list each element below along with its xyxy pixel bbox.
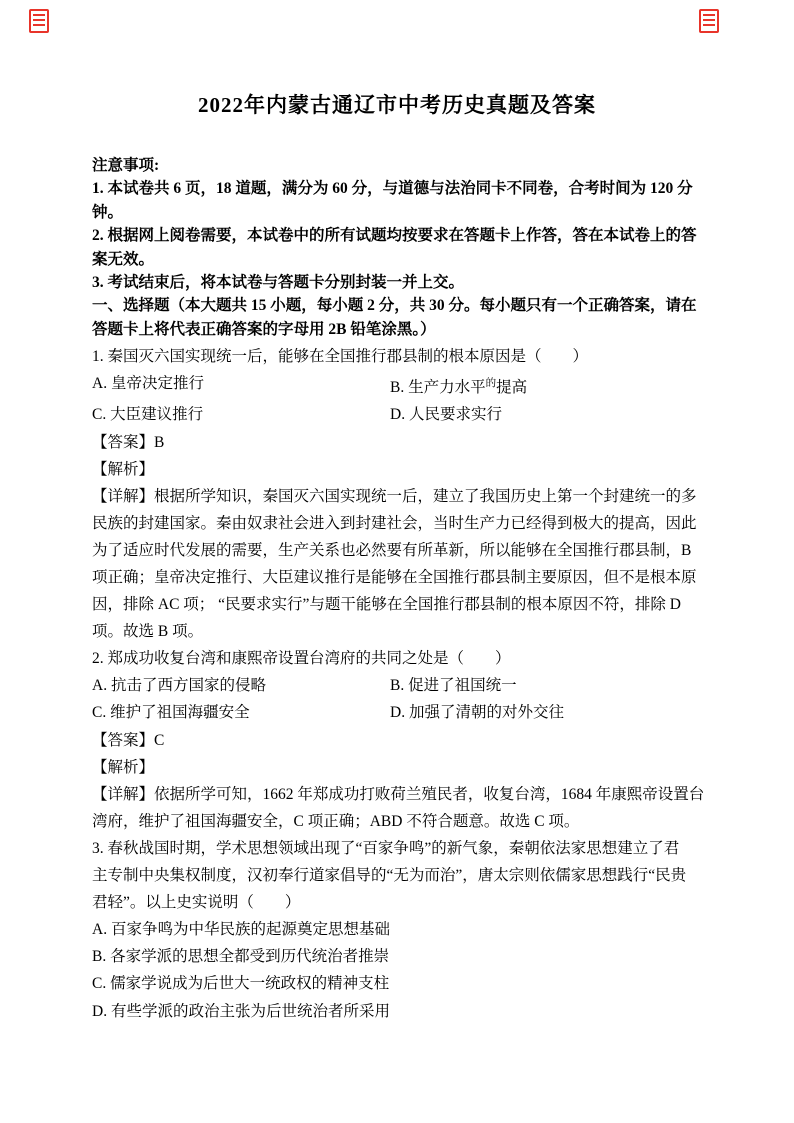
q2-option-d: D. 加强了清朝的对外交往 xyxy=(390,699,702,726)
q1-option-c: C. 大臣建议推行 xyxy=(92,401,390,428)
q2-option-row-1: A. 抗击了西方国家的侵略 B. 促进了祖国统一 xyxy=(92,672,702,699)
section-heading-line-1: 一、选择题（本大题共 15 小题，每小题 2 分，共 30 分。每小题只有一个正… xyxy=(92,294,702,317)
questions-area: 1. 秦国灭六国实现统一后，能够在全国推行郡县制的根本原因是（ ） A. 皇帝决… xyxy=(92,343,702,1024)
q3-option-a: A. 百家争鸣为中华民族的起源奠定思想基础 xyxy=(92,916,702,943)
q1-detail-line: 项。故选 B 项。 xyxy=(92,618,702,645)
q1-option-row-1: A. 皇帝决定推行 B. 生产力水平的提高 xyxy=(92,370,702,401)
q3-option-c: C. 儒家学说成为后世大一统政权的精神支柱 xyxy=(92,970,702,997)
q1-option-row-2: C. 大臣建议推行 D. 人民要求实行 xyxy=(92,401,702,428)
q1-stem: 1. 秦国灭六国实现统一后，能够在全国推行郡县制的根本原因是（ ） xyxy=(92,343,702,370)
q1-option-d: D. 人民要求实行 xyxy=(390,401,702,428)
notice-1-line-2: 钟。 xyxy=(92,201,702,224)
q3-stem-line: 君轻”。以上史实说明（ ） xyxy=(92,889,702,916)
notice-1-line-1: 1. 本试卷共 6 页，18 道题，满分为 60 分，与道德与法治同卡不同卷，合… xyxy=(92,177,702,200)
q2-detail-line: 湾府，维护了祖国海疆安全，C 项正确；ABD 不符合题意。故选 C 项。 xyxy=(92,808,702,835)
notice-section: 注意事项: 1. 本试卷共 6 页，18 道题，满分为 60 分，与道德与法治同… xyxy=(92,154,702,341)
q1-option-b-superscript: 的 xyxy=(486,378,497,389)
q2-option-c: C. 维护了祖国海疆安全 xyxy=(92,699,390,726)
q3-option-d: D. 有些学派的政治主张为后世统治者所采用 xyxy=(92,998,702,1025)
section-heading-line-2: 答题卡上将代表正确答案的字母用 2B 铅笔涂黑。） xyxy=(92,318,702,341)
q1-analysis-label: 【解析】 xyxy=(92,456,702,483)
q3-stem-line: 主专制中央集权制度，汉初奉行道家倡导的“无为而治”，唐太宗则依儒家思想践行“民贵 xyxy=(92,862,702,889)
q2-option-b: B. 促进了祖国统一 xyxy=(390,672,702,699)
q2-detail-line: 【详解】依据所学可知，1662 年郑成功打败荷兰殖民者，收复台湾，1684 年康… xyxy=(92,781,702,808)
q2-answer: 【答案】C xyxy=(92,727,702,754)
q2-stem: 2. 郑成功收复台湾和康熙帝设置台湾府的共同之处是（ ） xyxy=(92,645,702,672)
document-page: 2022年内蒙古通辽市中考历史真题及答案 注意事项: 1. 本试卷共 6 页，1… xyxy=(92,0,702,1025)
red-stamp-icon xyxy=(29,9,49,33)
q1-answer: 【答案】B xyxy=(92,429,702,456)
q3-option-b: B. 各家学派的思想全都受到历代统治者推崇 xyxy=(92,943,702,970)
q1-detail-line: 【详解】根据所学知识，秦国灭六国实现统一后，建立了我国历史上第一个封建统一的多 xyxy=(92,483,702,510)
q1-detail-line: 民族的封建国家。秦由奴隶社会进入到封建社会，当时生产力已经得到极大的提高，因此 xyxy=(92,510,702,537)
page-title: 2022年内蒙古通辽市中考历史真题及答案 xyxy=(92,90,702,120)
q1-detail-line: 项正确；皇帝决定推行、大臣建议推行是能够在全国推行郡县制主要原因，但不是根本原 xyxy=(92,564,702,591)
red-stamp-icon xyxy=(699,9,719,33)
q1-detail-line: 因，排除 AC 项； “民要求实行”与题干能够在全国推行郡县制的根本原因不符，排… xyxy=(92,591,702,618)
q3-stem-line: 3. 春秋战国时期，学术思想领域出现了“百家争鸣”的新气象，秦朝依法家思想建立了… xyxy=(92,835,702,862)
notice-heading: 注意事项: xyxy=(92,154,702,177)
q1-option-a: A. 皇帝决定推行 xyxy=(92,370,390,401)
notice-2-line-2: 案无效。 xyxy=(92,248,702,271)
q2-option-row-2: C. 维护了祖国海疆安全 D. 加强了清朝的对外交往 xyxy=(92,699,702,726)
q1-option-b-text: B. 生产力水平 xyxy=(390,379,486,396)
notice-2-line-1: 2. 根据网上阅卷需要，本试卷中的所有试题均按要求在答题卡上作答，答在本试卷上的… xyxy=(92,224,702,247)
q2-option-a: A. 抗击了西方国家的侵略 xyxy=(92,672,390,699)
q1-option-b: B. 生产力水平的提高 xyxy=(390,370,702,401)
q1-option-b-text-suffix: 提高 xyxy=(496,379,527,396)
notice-3: 3. 考试结束后，将本试卷与答题卡分别封装一并上交。 xyxy=(92,271,702,294)
q2-analysis-label: 【解析】 xyxy=(92,754,702,781)
q1-detail-line: 为了适应时代发展的需要，生产关系也必然要有所革新，所以能够在全国推行郡县制，B xyxy=(92,537,702,564)
